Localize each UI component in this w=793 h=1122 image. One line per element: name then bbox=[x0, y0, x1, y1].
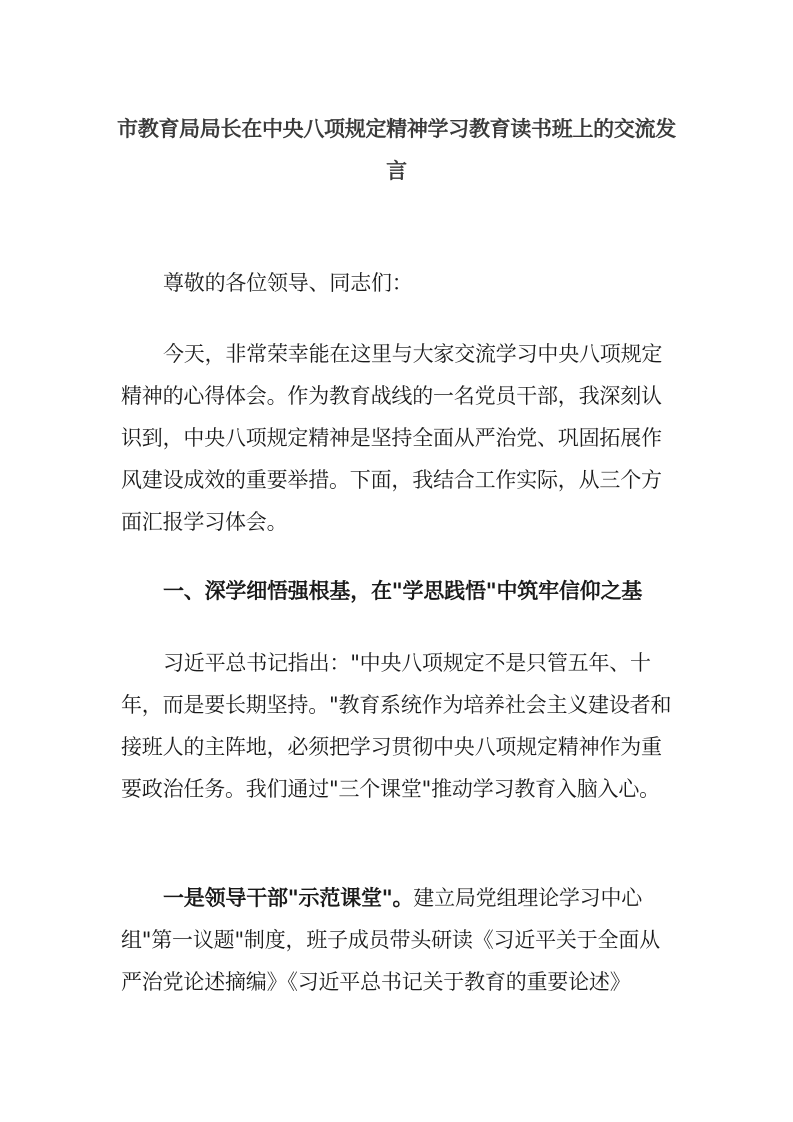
section-1-paragraph: 习近平总书记指出："中央八项规定不是只管五年、十年，而是要长期坚持。"教育系统作… bbox=[121, 642, 677, 810]
section-heading-1: 一、深学细悟强根基，在"学思践悟"中筑牢信仰之基 bbox=[121, 570, 677, 612]
item-one-paragraph: 一是领导干部"示范课堂"。建立局党组理论学习中心组"第一议题"制度，班子成员带头… bbox=[121, 877, 677, 1003]
item-one-lead: 一是领导干部"示范课堂"。 bbox=[163, 886, 413, 910]
greeting: 尊敬的各位领导、同志们： bbox=[121, 262, 677, 304]
document-title: 市教育局局长在中央八项规定精神学习教育读书班上的交流发言 bbox=[110, 108, 683, 192]
intro-paragraph: 今天，非常荣幸能在这里与大家交流学习中央八项规定精神的心得体会。作为教育战线的一… bbox=[121, 333, 677, 543]
document-page: 市教育局局长在中央八项规定精神学习教育读书班上的交流发言 尊敬的各位领导、同志们… bbox=[0, 0, 793, 1122]
